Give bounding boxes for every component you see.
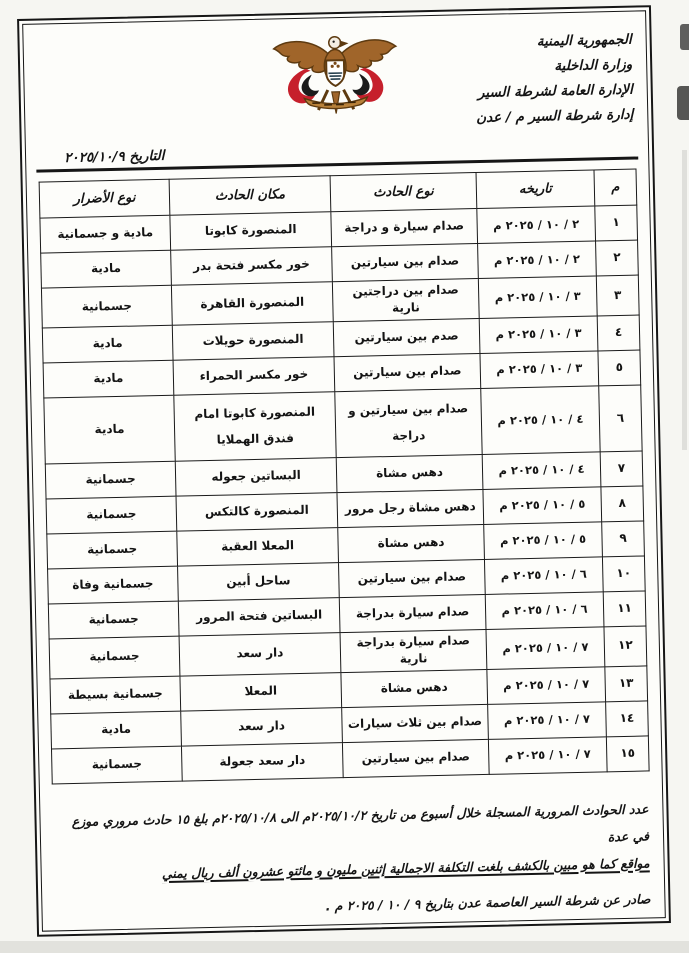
cell-location: المعلا xyxy=(180,672,342,711)
cell-damage: جسمانية xyxy=(49,636,180,679)
cell-location: دار سعد xyxy=(179,632,341,675)
cell-no: ٢ xyxy=(596,240,639,276)
cell-date: ٤ / ١٠ / ٢٠٢٥ م xyxy=(482,452,601,490)
cell-location: دار سعد جعولة xyxy=(181,742,343,781)
cell-date: ٢ / ١٠ / ٢٠٢٥ م xyxy=(477,206,596,244)
col-header-date: تاريخه xyxy=(476,170,595,209)
cell-date: ٢ / ١٠ / ٢٠٢٥ م xyxy=(478,241,597,279)
cell-date: ٧ / ١٠ / ٢٠٢٥ م xyxy=(487,666,606,704)
cell-date: ٥ / ١٠ / ٢٠٢٥ م xyxy=(483,487,602,525)
cell-date: ٦ / ١٠ / ٢٠٢٥ م xyxy=(484,557,603,595)
scan-edge-artifact xyxy=(682,150,687,450)
cell-date: ٦ / ١٠ / ٢٠٢٥ م xyxy=(485,592,604,630)
org-line-department: إدارة شرطة السير م / عدن xyxy=(476,103,634,131)
cell-date: ٤ / ١٠ / ٢٠٢٥ م xyxy=(481,386,600,455)
cell-no: ١٣ xyxy=(605,666,648,702)
yemen-coat-of-arms-emblem xyxy=(269,29,401,128)
cell-damage: جسمانية xyxy=(47,531,178,569)
cell-location: البساتين فتحة المرور xyxy=(178,597,340,636)
scan-bottom-strip xyxy=(0,941,689,953)
cell-date: ٣ / ١٠ / ٢٠٢٥ م xyxy=(478,276,597,318)
col-header-damage: نوع الأضرار xyxy=(39,179,170,218)
cell-date: ٣ / ١٠ / ٢٠٢٥ م xyxy=(480,351,599,389)
cell-location: المنصورة كابوتا امام فندق الهملايا xyxy=(174,391,336,460)
col-header-type: نوع الحادث xyxy=(330,173,477,212)
org-line-country: الجمهورية اليمنية xyxy=(474,28,632,56)
cell-damage: مادية و جسمانية xyxy=(40,215,171,253)
cell-date: ٥ / ١٠ / ٢٠٢٥ م xyxy=(484,522,603,560)
cell-damage: مادية xyxy=(44,395,175,464)
cell-no: ١١ xyxy=(603,591,646,627)
scan-edge-artifact xyxy=(677,86,689,120)
cell-no: ٨ xyxy=(601,486,644,522)
col-header-no: م xyxy=(594,169,637,206)
cell-no: ٣ xyxy=(596,275,639,316)
cell-no: ٥ xyxy=(598,350,641,386)
cell-no: ١٤ xyxy=(606,700,649,736)
cell-damage: مادية xyxy=(42,325,173,363)
cell-date: ٧ / ١٠ / ٢٠٢٥ م xyxy=(488,736,607,774)
accident-report-table: م تاريخه نوع الحادث مكان الحادث نوع الأض… xyxy=(39,169,650,784)
cell-type: صدم بين سيارتين xyxy=(333,318,480,356)
cell-damage: جسمانية xyxy=(46,496,177,534)
cell-type: صدام سيارة و دراجة xyxy=(331,209,478,247)
cell-damage: مادية xyxy=(41,250,172,288)
document-sheet: الجمهورية اليمنية وزارة الداخلية الإدارة… xyxy=(17,5,671,937)
col-header-location: مكان الحادث xyxy=(169,176,331,216)
document-header: الجمهورية اليمنية وزارة الداخلية الإدارة… xyxy=(33,18,637,147)
org-line-administration: الإدارة العامة لشرطة السير xyxy=(475,78,633,106)
cell-type: صدام سيارة بدراجة نارية xyxy=(340,629,487,672)
cell-no: ٦ xyxy=(599,385,642,452)
cell-damage: جسمانية بسيطة xyxy=(50,676,181,714)
cell-damage: جسمانية xyxy=(41,285,172,328)
cell-damage: جسمانية xyxy=(48,601,179,639)
cell-no: ١٥ xyxy=(606,735,649,771)
eagle-emblem-icon xyxy=(269,29,401,124)
cell-no: ١ xyxy=(595,205,638,241)
cell-location: ساحل أبين xyxy=(178,562,340,601)
cell-type: صدام بين سيارتين xyxy=(332,244,479,282)
cell-type: دهس مشاة xyxy=(338,524,485,562)
scanned-document-page: الجمهورية اليمنية وزارة الداخلية الإدارة… xyxy=(0,0,689,953)
organization-header: الجمهورية اليمنية وزارة الداخلية الإدارة… xyxy=(474,28,633,131)
document-content: الجمهورية اليمنية وزارة الداخلية الإدارة… xyxy=(33,18,654,925)
cell-date: ٣ / ١٠ / ٢٠٢٥ م xyxy=(479,316,598,354)
cell-damage: مادية xyxy=(51,711,182,749)
cell-location: المنصورة كالتكس xyxy=(176,492,338,531)
org-line-ministry: وزارة الداخلية xyxy=(475,53,633,81)
cell-damage: جسمانية وفاة xyxy=(48,566,179,604)
cell-location: خور مكسر الحمراء xyxy=(173,356,335,395)
scan-edge-artifact xyxy=(680,24,689,50)
cell-no: ١٠ xyxy=(602,556,645,592)
cell-no: ٤ xyxy=(597,315,640,351)
cell-location: المنصورة كابوتا xyxy=(170,212,332,251)
cell-damage: جسمانية xyxy=(45,461,176,499)
cell-type: دهس مشاة xyxy=(341,669,488,707)
cell-no: ٩ xyxy=(602,521,645,557)
cell-no: ١٢ xyxy=(604,626,647,667)
cell-damage: مادية xyxy=(43,360,174,398)
cell-location: المنصورة القاهرة xyxy=(171,282,333,325)
cell-type: دهس مشاة xyxy=(336,454,483,492)
cell-type: صدام بين سيارتين xyxy=(338,559,485,597)
cell-type: صدام بين سيارتين xyxy=(342,739,489,777)
cell-location: خور مكسر فتحة بدر xyxy=(171,247,333,286)
cell-location: المنصورة حويلات xyxy=(172,321,334,360)
cell-type: دهس مشاة رجل مرور xyxy=(337,489,484,527)
cell-location: دار سعد xyxy=(181,707,343,746)
cell-type: صدام بين سيارتين xyxy=(334,353,481,391)
cell-type: صدام بين دراجتين نارية xyxy=(332,279,479,322)
cell-date: ٧ / ١٠ / ٢٠٢٥ م xyxy=(488,701,607,739)
cell-date: ٧ / ١٠ / ٢٠٢٥ م xyxy=(486,627,605,669)
cell-no: ٧ xyxy=(600,451,643,487)
cell-location: البساتين جعوله xyxy=(175,457,337,496)
cell-damage: جسمانية xyxy=(51,746,182,784)
summary-footer: عدد الحوادث المرورية المسجلة خلال أسبوع … xyxy=(50,795,654,925)
cell-type: صدام بين سيارتين و دراجة xyxy=(335,388,482,457)
cell-type: صدام بين ثلاث سيارات xyxy=(342,704,489,742)
cell-location: المعلا العقبة xyxy=(177,527,339,566)
cell-type: صدام سيارة بدراجة xyxy=(339,594,486,632)
